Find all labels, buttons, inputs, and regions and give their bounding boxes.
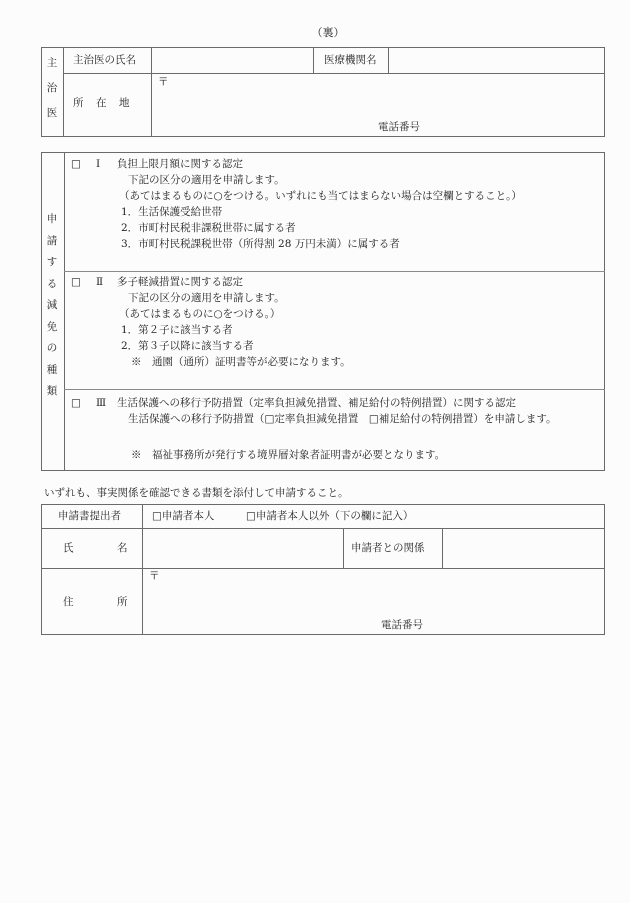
divider [64, 389, 605, 390]
attachment-note: いずれも、事実関係を確認できる書類を添付して申請すること。 [44, 487, 349, 500]
institution-label: 医療機関名 [324, 54, 377, 67]
submitter-name-field[interactable] [143, 529, 342, 567]
relation-field[interactable] [443, 529, 603, 567]
submitter-label: 申請書提出者 [58, 510, 121, 523]
item-2-option[interactable]: 2．第３子以降に該当する者 [121, 340, 254, 353]
submitter-option-other[interactable]: □申請者本人以外（下の欄に記入） [246, 510, 413, 523]
item-3-heading: 生活保護への移行予防措置（定率負担減免措置、補足給付の特例措置）に関する認定 [117, 397, 516, 410]
doctor-address-label: 所 在 地 [73, 97, 131, 110]
item-3-checkbox[interactable]: □ [71, 397, 81, 410]
item-2-checkbox[interactable]: □ [71, 276, 81, 289]
divider [313, 47, 314, 73]
doctor-name-field[interactable] [152, 48, 312, 73]
item-1-option[interactable]: 3．市町村民税課税世帯（所得割 28 万円未満）に属する者 [121, 238, 400, 251]
item-1-line: （あてはまるものに○をつける。いずれにも当てはまらない場合は空欄とすること。） [119, 190, 522, 203]
item-2-line: 下記の区分の適用を申請します。 [128, 292, 285, 305]
institution-field[interactable] [389, 48, 603, 73]
submitter-phone-label: 電話番号 [381, 619, 423, 632]
submitter-address-field[interactable] [143, 569, 603, 633]
divider [64, 152, 65, 471]
item-2-option[interactable]: 1．第２子に該当する者 [121, 324, 233, 337]
item-3-numeral: Ⅲ [96, 397, 106, 410]
item-1-line: 下記の区分の適用を申請します。 [128, 174, 285, 187]
relation-label: 申請者との関係 [351, 542, 425, 555]
doctor-name-label: 主治医の氏名 [73, 54, 136, 67]
item-2-note: ※ 通園（通所）証明書等が必要になります。 [131, 356, 351, 369]
divider [64, 271, 605, 272]
doctor-vertical-label: 主 治 医 [45, 51, 59, 126]
divider [63, 47, 64, 137]
item-3-note: ※ 福祉事務所が発行する境界層対象者証明書が必要となります。 [131, 449, 445, 462]
submitter-address-label: 住 所 [63, 596, 131, 609]
item-1-heading: 負担上限月額に関する認定 [117, 158, 243, 171]
item-1-numeral: Ⅰ [96, 158, 100, 171]
item-2-line: （あてはまるものに○をつける。） [119, 308, 280, 321]
submitter-name-label: 氏 名 [63, 542, 125, 555]
item-1-option[interactable]: 2．市町村民税非課税世帯に属する者 [121, 222, 296, 235]
doctor-phone-label: 電話番号 [378, 121, 420, 134]
item-1-checkbox[interactable]: □ [71, 158, 81, 171]
divider [343, 528, 344, 568]
item-1-option[interactable]: 1．生活保護受給世帯 [121, 206, 222, 219]
item-2-heading: 多子軽減措置に関する認定 [117, 276, 243, 289]
item-2-numeral: Ⅱ [96, 276, 103, 289]
item-3-line[interactable]: 生活保護への移行予防措置（□定率負担減免措置 □補足給付の特例措置）を申請します… [128, 413, 557, 426]
page-title: （裏） [0, 24, 630, 40]
submitter-option-self[interactable]: □申請者本人 [152, 510, 214, 523]
reduction-vertical-label: 申 請 す る 減 免 の 種 類 [45, 209, 59, 403]
